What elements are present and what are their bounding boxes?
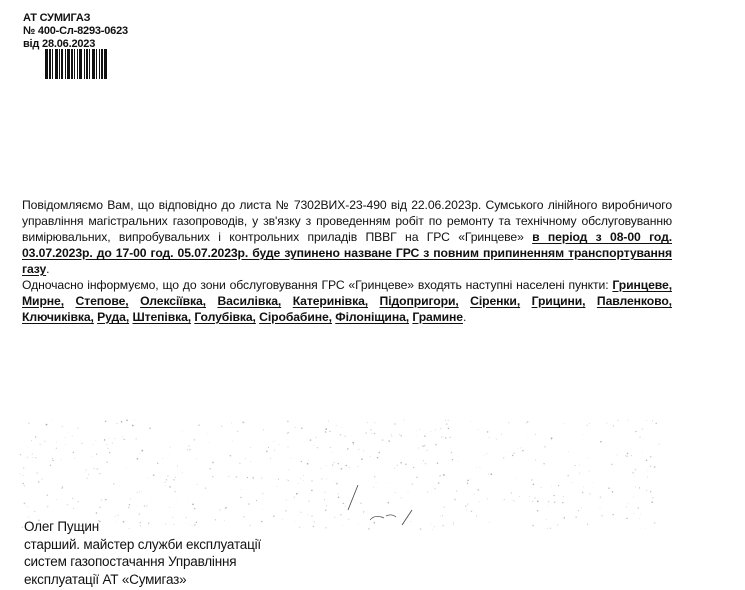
settlement-name: Руда, <box>97 310 129 324</box>
settlement-name: Філоніщина, <box>335 310 409 324</box>
signatory-name: Олег Пущин <box>24 518 261 536</box>
paragraph-notice: Повідомляємо Вам, що відповідно до листа… <box>22 197 672 277</box>
settlement-name: Сіренки, <box>470 294 520 308</box>
signatory-position-line-2: систем газопостачання Управління <box>24 553 261 571</box>
letter-body: Повідомляємо Вам, що відповідно до листа… <box>22 197 672 325</box>
notice-period-end: . <box>46 262 49 276</box>
paragraph-settlements: Одночасно інформуємо, що до зони обслуго… <box>22 277 672 325</box>
barcode-icon <box>45 49 137 79</box>
settlement-name: Катеринівка, <box>293 294 368 308</box>
registration-number: № 400-Сл-8293-0623 <box>23 25 128 38</box>
settlement-name: Грамине <box>412 310 463 324</box>
settlement-name: Підопригори, <box>380 294 459 308</box>
settlement-name: Гринцеве, <box>612 278 672 292</box>
settlements-end: . <box>463 310 466 324</box>
company-name: АТ СУМИГАЗ <box>23 12 128 25</box>
settlement-name: Мирне, <box>22 294 64 308</box>
settlement-name: Сіробабине, <box>259 310 332 324</box>
signatory-position-line-3: експлуатації АТ «Сумигаз» <box>24 571 261 589</box>
settlement-name: Степове, <box>76 294 129 308</box>
settlement-name: Грицини, <box>532 294 586 308</box>
settlement-name: Штепівка, <box>132 310 191 324</box>
settlements-intro: Одночасно інформуємо, що до зони обслуго… <box>22 278 612 292</box>
settlement-name: Павленково, <box>597 294 672 308</box>
settlement-name: Олексіївка, <box>140 294 206 308</box>
signature-block: Олег Пущин старший. майстер служби експл… <box>24 518 261 588</box>
settlement-name: Голубівка, <box>194 310 255 324</box>
settlement-name: Ключиківка, <box>22 310 94 324</box>
handwritten-signature <box>340 480 450 530</box>
settlement-name: Василівка, <box>217 294 281 308</box>
signatory-position-line-1: старший. майстер служби експлуатації <box>24 536 261 554</box>
letter-header: АТ СУМИГАЗ № 400-Сл-8293-0623 від 28.06.… <box>23 12 128 51</box>
